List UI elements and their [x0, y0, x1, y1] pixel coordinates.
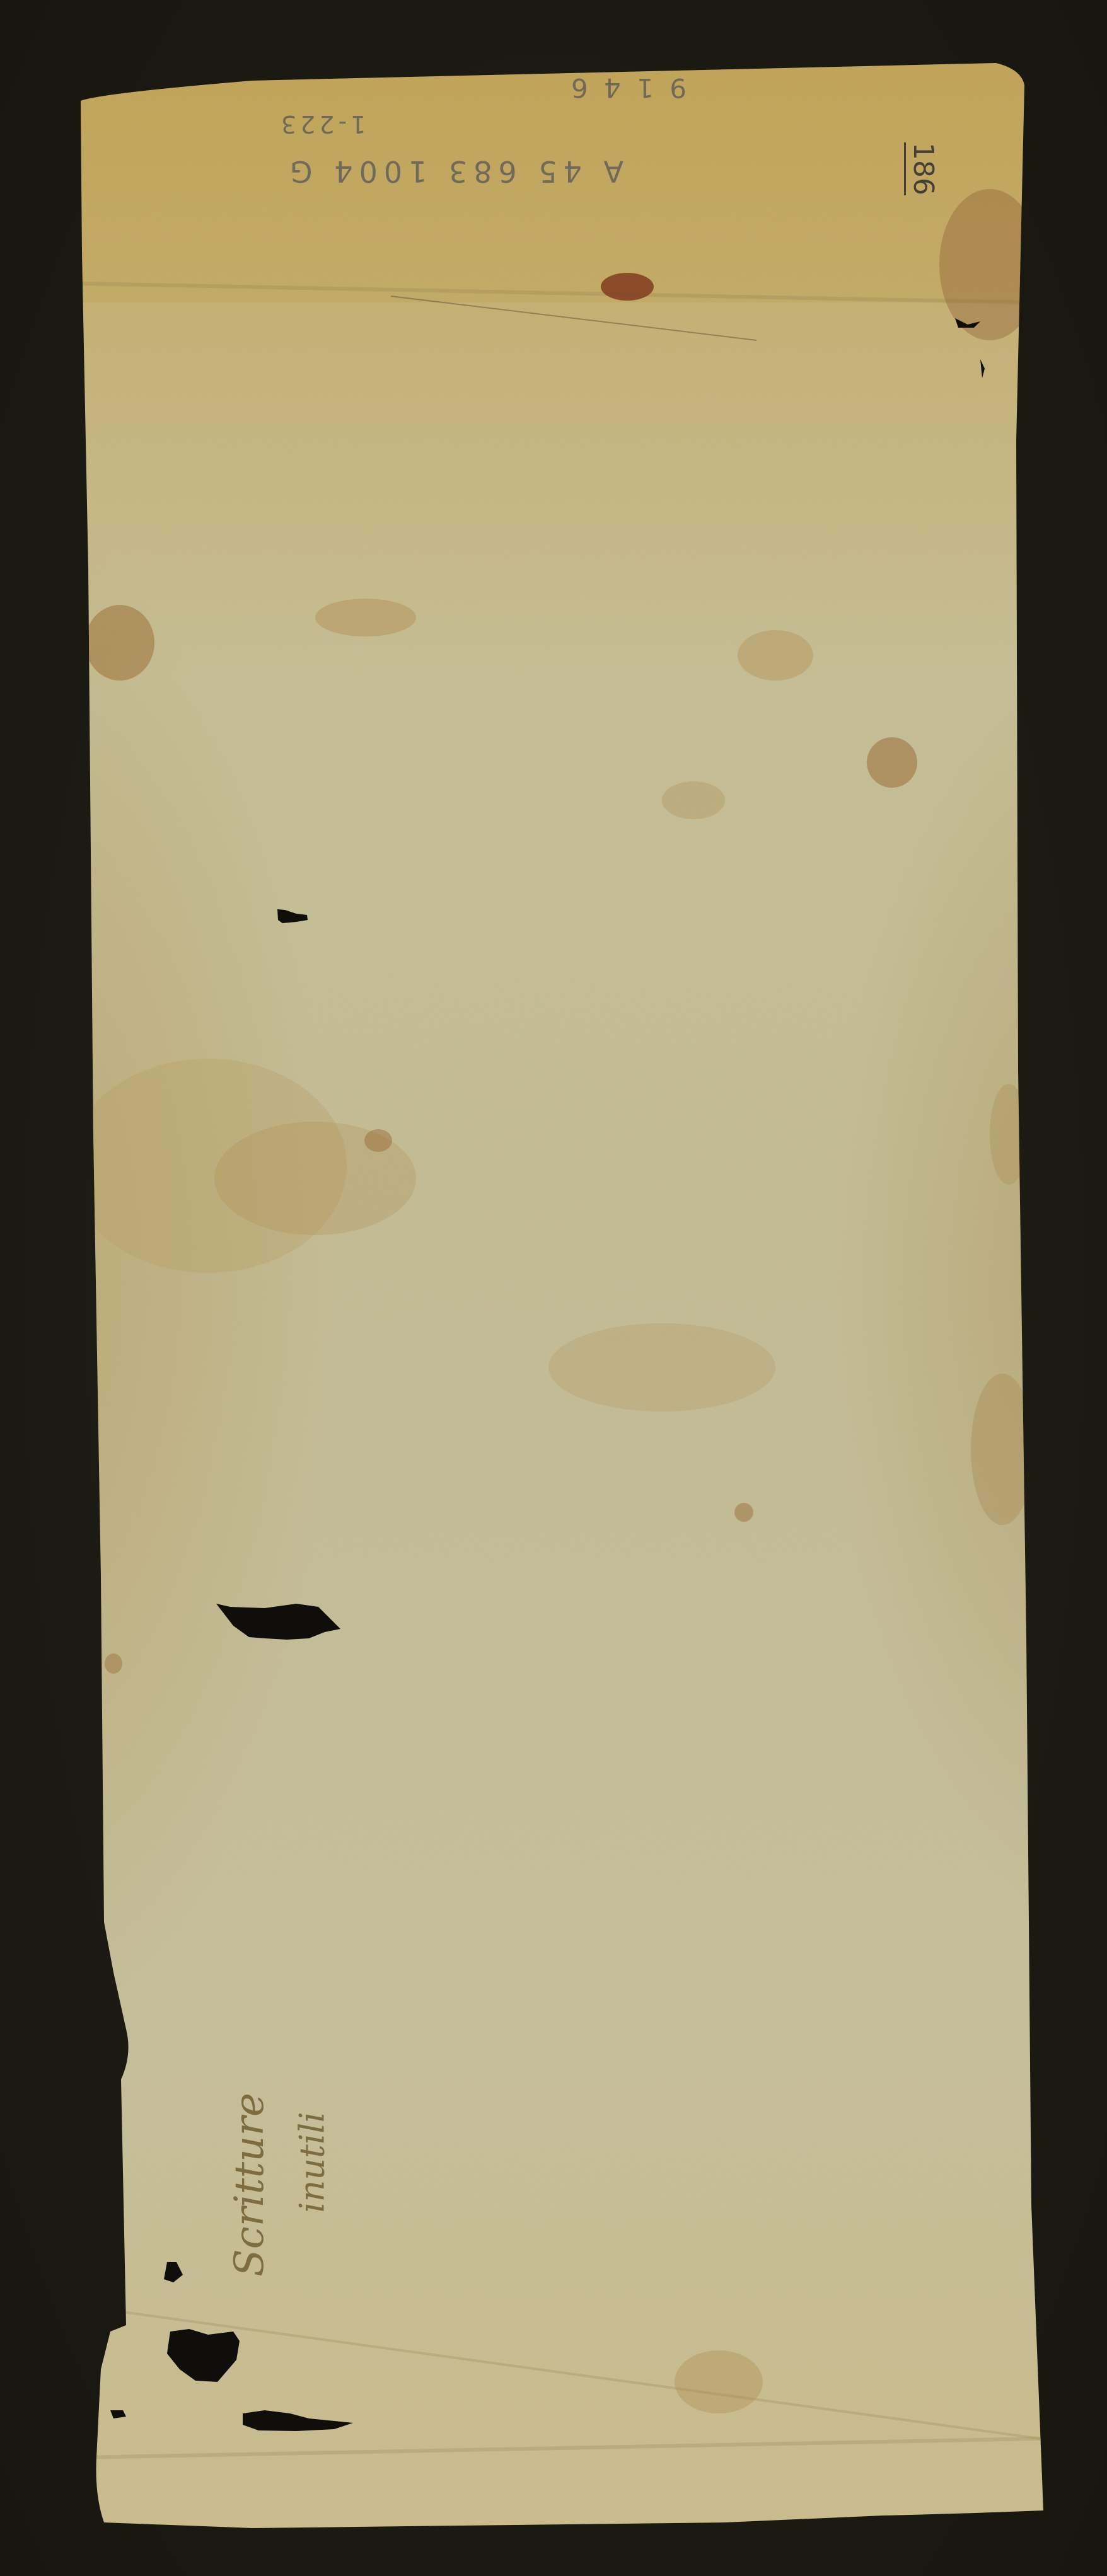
folio-number: 186 [904, 142, 939, 195]
shelfmark-top-line3: A 45 683 1004 G [284, 154, 623, 188]
endorsement-scritture: Scritture [226, 2093, 273, 2277]
parchment-shape [0, 0, 1107, 2576]
shelfmark-top-line2: 1-223 [277, 110, 366, 138]
endorsement-inutili: inutili [293, 2112, 332, 2212]
parchment-sheet: 9 1 4 6 1-223 A 45 683 1004 G 186 Scritt… [0, 0, 1107, 2576]
shelfmark-top-line1: 9 1 4 6 [567, 72, 687, 103]
